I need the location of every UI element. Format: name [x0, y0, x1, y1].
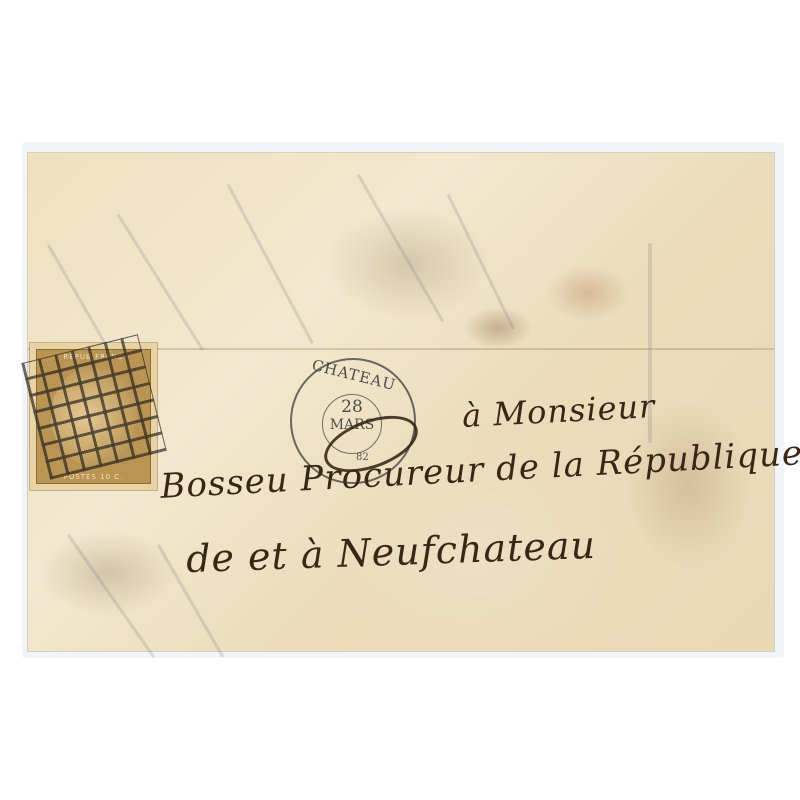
ink-bleed-through [357, 174, 445, 323]
ink-bleed-through [227, 184, 314, 344]
ink-bleed-through [117, 214, 204, 351]
postmark-day: 28 [323, 397, 381, 417]
ink-bleed-through [67, 534, 155, 659]
ink-bleed-through [447, 194, 515, 330]
